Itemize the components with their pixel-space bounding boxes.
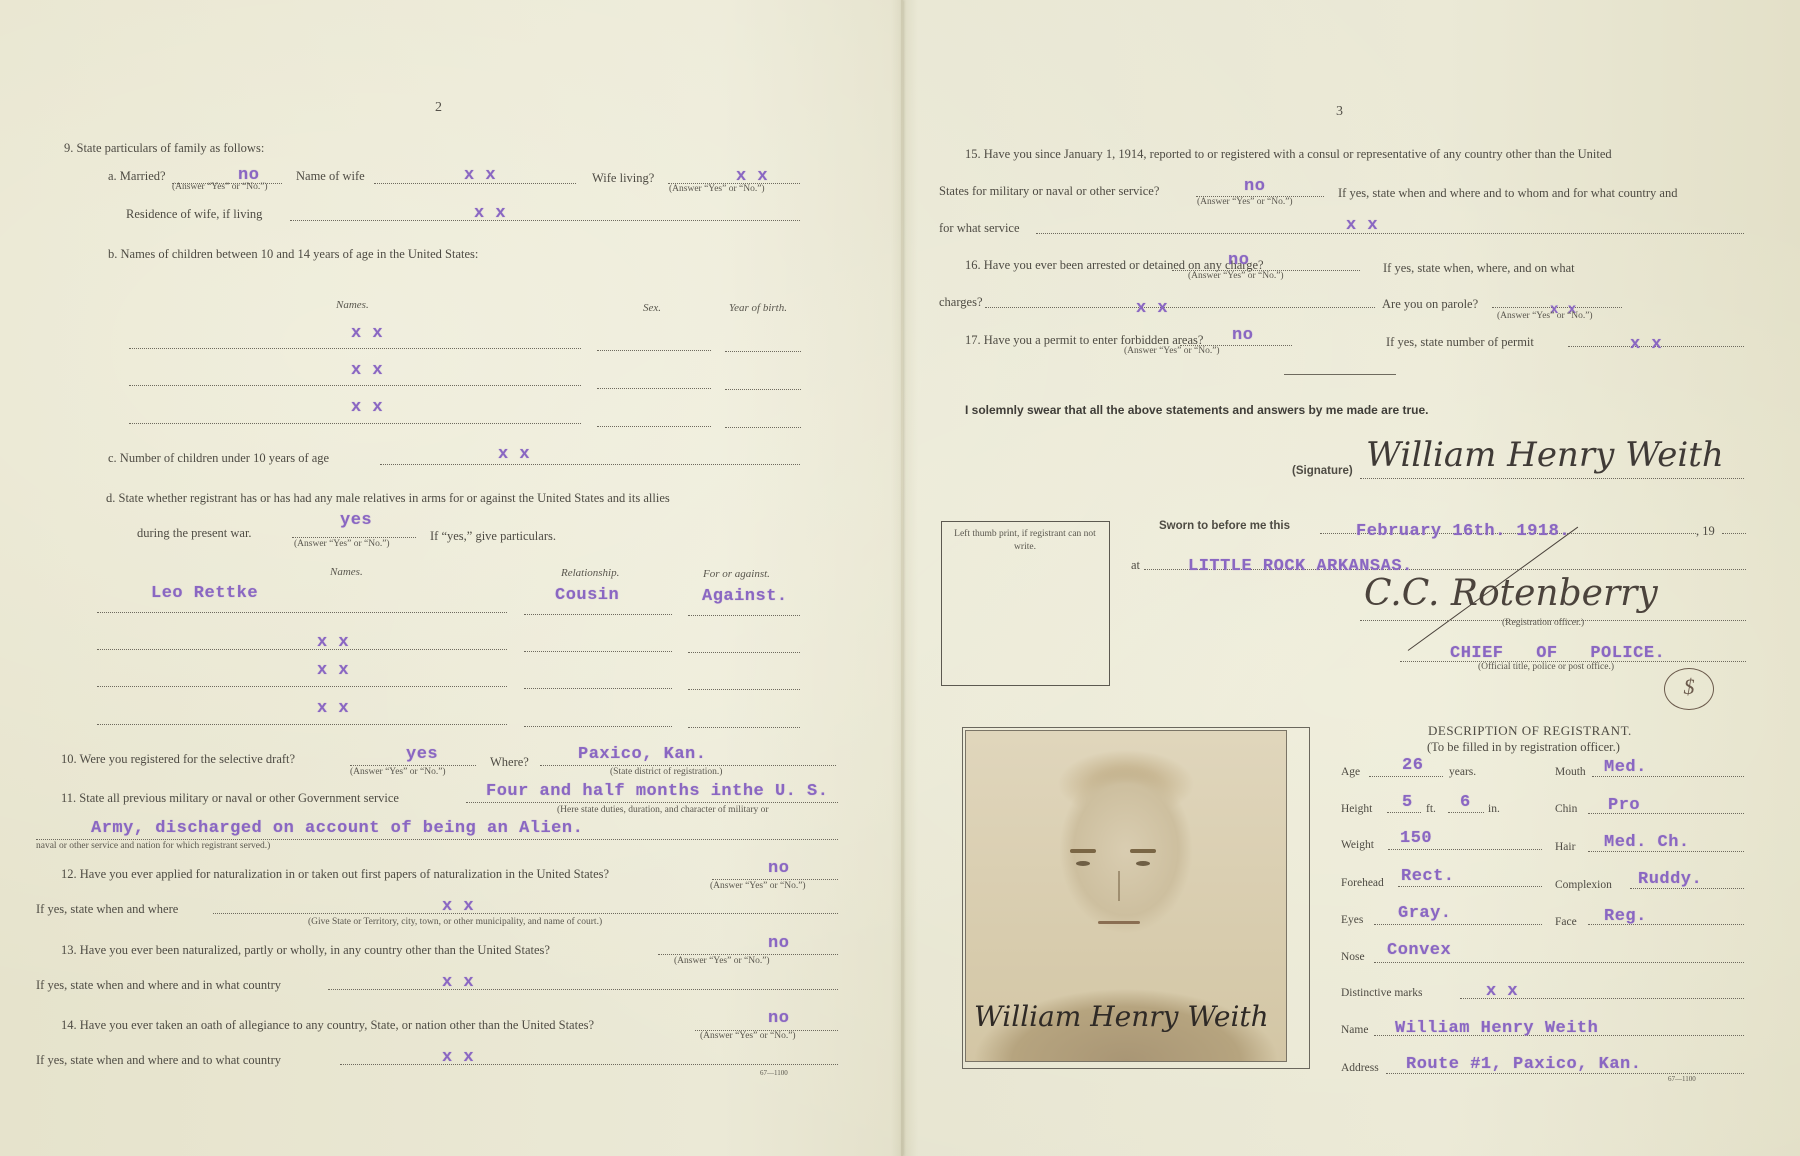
child-year-line[interactable]: [725, 427, 801, 428]
signature-line[interactable]: [1360, 478, 1744, 479]
relatives-relationship-header: Relationship.: [561, 568, 619, 579]
relative-name-line[interactable]: [97, 686, 507, 687]
q11-label: 11. State all previous military or naval…: [61, 792, 399, 805]
at-label: at: [1131, 559, 1140, 572]
sworn-year-prefix: , 19: [1696, 525, 1715, 538]
official-title-value[interactable]: CHIEF OF POLICE.: [1450, 645, 1665, 662]
q17-hint: (Answer “Yes” or “No.”): [1124, 347, 1220, 357]
section-divider: [1284, 374, 1396, 375]
relative-relationship-line[interactable]: [524, 614, 672, 615]
q9d-line[interactable]: [292, 537, 416, 538]
photo-eye-right: [1136, 861, 1150, 866]
q17-label: 17. Have you a permit to enter forbidden…: [965, 334, 1203, 347]
child-name-line[interactable]: [129, 423, 581, 424]
photo-signature: William Henry Weith: [974, 1003, 1269, 1031]
q16-charges-line[interactable]: [985, 307, 1375, 308]
in-unit: in.: [1488, 804, 1500, 816]
q15-value[interactable]: no: [1244, 178, 1265, 195]
wife-name-value[interactable]: x x: [464, 167, 496, 184]
height-label: Height: [1341, 804, 1372, 816]
relative-name-line[interactable]: [97, 612, 507, 613]
forehead-value[interactable]: Rect.: [1401, 868, 1455, 885]
q10-where-label: Where?: [490, 756, 529, 769]
q10-line[interactable]: [350, 765, 476, 766]
center-fold: [901, 0, 903, 1156]
photo-brow-left: [1070, 849, 1096, 853]
weight-line[interactable]: [1388, 849, 1542, 850]
wife-living-value[interactable]: x x: [736, 168, 768, 185]
q13-line[interactable]: [658, 954, 838, 955]
child-sex-line[interactable]: [597, 350, 711, 351]
name-value[interactable]: William Henry Weith: [1395, 1020, 1598, 1037]
relative-relationship-line[interactable]: [524, 651, 672, 652]
chin-label: Chin: [1555, 804, 1577, 816]
q16-value[interactable]: no: [1228, 252, 1249, 269]
chin-value[interactable]: Pro: [1608, 797, 1640, 814]
child-year-line[interactable]: [725, 351, 801, 352]
q9d-value[interactable]: yes: [340, 512, 372, 529]
registrant-signature[interactable]: William Henry Weith: [1366, 438, 1724, 472]
page-number: 2: [435, 100, 442, 116]
distinctive-marks-value[interactable]: x x: [1486, 983, 1518, 1000]
relative-relationship-line[interactable]: [524, 726, 672, 727]
face-label: Face: [1555, 917, 1577, 929]
q17-followup-value[interactable]: x x: [1630, 336, 1662, 353]
relatives-for-against-header: For or against.: [703, 569, 770, 580]
form-code: 67—1100: [760, 1070, 788, 1077]
children-year-header: Year of birth.: [729, 303, 787, 314]
married-label: a. Married?: [108, 170, 166, 183]
q11-value-line1[interactable]: Four and half months inthe U. S.: [486, 783, 828, 800]
q9b-label: b. Names of children between 10 and 14 y…: [108, 248, 478, 261]
mouth-label: Mouth: [1555, 767, 1586, 779]
age-value[interactable]: 26: [1402, 757, 1423, 774]
q12-followup-hint: (Give State or Territory, city, town, or…: [308, 918, 602, 928]
officer-label: (Registration officer.): [1502, 619, 1584, 629]
q10-label: 10. Were you registered for the selectiv…: [61, 753, 295, 766]
eyes-line[interactable]: [1374, 924, 1542, 925]
weight-label: Weight: [1341, 840, 1374, 852]
q16-hint: (Answer “Yes” or “No.”): [1188, 272, 1284, 282]
wife-living-label: Wife living?: [592, 172, 654, 185]
relatives-names-header: Names.: [330, 567, 363, 578]
address-label: Address: [1341, 1063, 1379, 1075]
q15-followup-value[interactable]: x x: [1346, 217, 1378, 234]
description-title: DESCRIPTION OF REGISTRANT.: [1428, 724, 1632, 737]
q12-followup-line[interactable]: [213, 913, 838, 914]
relative-for-against-line[interactable]: [688, 727, 800, 728]
q9-label: 9. State particulars of family as follow…: [64, 142, 264, 155]
q17-value[interactable]: no: [1232, 327, 1253, 344]
q15-hint: (Answer “Yes” or “No.”): [1197, 198, 1293, 208]
relative-name-line[interactable]: [97, 649, 507, 650]
q9c-value[interactable]: x x: [498, 446, 530, 463]
q9d-label: d. State whether registrant has or has h…: [106, 492, 670, 505]
child-name-value[interactable]: x x: [351, 399, 383, 416]
children-names-header: Names.: [336, 300, 369, 311]
q10-where-value[interactable]: Paxico, Kan.: [578, 746, 706, 763]
q13-followup-value[interactable]: x x: [442, 974, 474, 991]
stamp-mark: $: [1664, 668, 1714, 710]
relative-relationship-value[interactable]: Cousin: [555, 587, 619, 604]
height-in-value[interactable]: 6: [1460, 794, 1471, 811]
child-name-line[interactable]: [129, 348, 581, 349]
registrant-photo[interactable]: William Henry Weith: [965, 730, 1287, 1062]
q16-parole-hint: (Answer “Yes” or “No.”): [1497, 312, 1593, 322]
nose-label: Nose: [1341, 952, 1365, 964]
q16-charges-label: charges?: [939, 296, 983, 309]
q12-line[interactable]: [712, 879, 838, 880]
name-label: Name: [1341, 1025, 1368, 1037]
photo-brow-right: [1130, 849, 1156, 853]
nose-line[interactable]: [1374, 962, 1744, 963]
q14-label: 14. Have you ever taken an oath of alleg…: [61, 1019, 594, 1032]
q10-where-hint: (State district of registration.): [610, 768, 722, 778]
relative-for-against-line[interactable]: [688, 689, 800, 690]
relative-for-against-line[interactable]: [688, 652, 800, 653]
hair-label: Hair: [1555, 842, 1575, 854]
q15-label: 15. Have you since January 1, 1914, repo…: [965, 148, 1612, 161]
forehead-label: Forehead: [1341, 878, 1384, 890]
official-title-label: (Official title, police or post office.): [1478, 663, 1614, 673]
q13-followup-label: If yes, state when and where and in what…: [36, 979, 281, 992]
residence-value[interactable]: x x: [474, 205, 506, 222]
signature-label: (Signature): [1292, 466, 1353, 478]
q12-hint: (Answer “Yes” or “No.”): [710, 882, 806, 892]
distinctive-marks-label: Distinctive marks: [1341, 988, 1422, 1000]
q16-parole-label: Are you on parole?: [1382, 298, 1478, 311]
q16-charges-value[interactable]: x x: [1136, 300, 1168, 317]
q11-line1[interactable]: [466, 802, 838, 803]
photo-mouth: [1098, 921, 1140, 924]
q12-value[interactable]: no: [768, 860, 789, 877]
nose-value[interactable]: Convex: [1387, 942, 1451, 959]
q13-label: 13. Have you ever been naturalized, part…: [61, 944, 550, 957]
oath-statement: I solemnly swear that all the above stat…: [965, 404, 1429, 416]
married-hint: (Answer “Yes” or “No.”): [172, 183, 268, 193]
q14-followup-label: If yes, state when and where and to what…: [36, 1054, 281, 1067]
child-name-value[interactable]: x x: [351, 325, 383, 342]
q10-where-line[interactable]: [540, 765, 836, 766]
q9c-label: c. Number of children under 10 years of …: [108, 452, 329, 465]
q15-followup-line[interactable]: [1036, 233, 1744, 234]
sworn-year-line[interactable]: [1722, 533, 1746, 534]
photo-eye-left: [1076, 861, 1090, 866]
child-name-line[interactable]: [129, 385, 581, 386]
complexion-value[interactable]: Ruddy.: [1638, 871, 1702, 888]
residence-line[interactable]: [290, 220, 800, 221]
q15-followup2: for what service: [939, 222, 1020, 235]
eyes-label: Eyes: [1341, 915, 1363, 927]
thumb-print-instructions: Left thumb print, if registrant can not …: [954, 528, 1096, 554]
q14-followup-value[interactable]: x x: [442, 1049, 474, 1066]
relative-name-value[interactable]: Leo Rettke: [151, 585, 258, 602]
q9d-followup: If “yes,” give particulars.: [430, 530, 556, 543]
q10-hint: (Answer “Yes” or “No.”): [350, 768, 446, 778]
child-sex-line[interactable]: [597, 426, 711, 427]
page-number: 3: [1336, 104, 1343, 120]
q17-followup: If yes, state number of permit: [1386, 336, 1534, 349]
officer-signature[interactable]: C.C. Rotenberry: [1364, 576, 1658, 612]
q13-hint: (Answer “Yes” or “No.”): [674, 957, 770, 967]
q14-followup-line[interactable]: [340, 1064, 838, 1065]
forehead-line[interactable]: [1398, 886, 1542, 887]
height-ft-line[interactable]: [1387, 812, 1421, 813]
q15-followup: If yes, state when and where and to whom…: [1338, 187, 1677, 200]
hair-value[interactable]: Med. Ch.: [1604, 834, 1690, 851]
children-sex-header: Sex.: [643, 303, 661, 314]
q11-hint2: naval or other service and nation for wh…: [36, 842, 270, 852]
q11-line2[interactable]: [36, 839, 838, 840]
relative-for-against-value[interactable]: Against.: [702, 588, 788, 605]
q15-label2: States for military or naval or other se…: [939, 185, 1159, 198]
child-year-line[interactable]: [725, 389, 801, 390]
q9c-line[interactable]: [380, 464, 800, 465]
q13-value[interactable]: no: [768, 935, 789, 952]
age-label: Age: [1341, 767, 1360, 779]
q10-value[interactable]: yes: [406, 746, 438, 763]
wife-name-label: Name of wife: [296, 170, 365, 183]
q14-hint: (Answer “Yes” or “No.”): [700, 1032, 796, 1042]
complexion-label: Complexion: [1555, 880, 1612, 892]
child-name-value[interactable]: x x: [351, 362, 383, 379]
q16-followup: If yes, state when, where, and on what: [1383, 262, 1575, 275]
residence-label: Residence of wife, if living: [126, 208, 262, 221]
q12-followup-label: If yes, state when and where: [36, 903, 178, 916]
sworn-date-value[interactable]: February 16th. 1918.: [1356, 523, 1570, 540]
height-in-line[interactable]: [1448, 812, 1484, 813]
q14-value[interactable]: no: [768, 1010, 789, 1027]
eyes-value[interactable]: Gray.: [1398, 905, 1452, 922]
form-code: 67—1100: [1668, 1076, 1696, 1083]
address-value[interactable]: Route #1, Paxico, Kan.: [1406, 1056, 1641, 1073]
relative-for-against-line[interactable]: [688, 615, 800, 616]
q9d-label2: during the present war.: [137, 527, 252, 540]
description-subtitle: (To be filled in by registration officer…: [1427, 741, 1620, 754]
mouth-value[interactable]: Med.: [1604, 759, 1647, 776]
wife-living-hint: (Answer “Yes” or “No.”): [669, 185, 765, 195]
q11-hint1: (Here state duties, duration, and charac…: [557, 806, 769, 816]
q13-followup-line[interactable]: [328, 989, 838, 990]
thumb-print-box[interactable]: Left thumb print, if registrant can not …: [941, 521, 1110, 686]
height-ft-value[interactable]: 5: [1402, 794, 1413, 811]
face-value[interactable]: Reg.: [1604, 908, 1647, 925]
q11-value-line2[interactable]: Army, discharged on account of being an …: [91, 820, 583, 837]
relative-name-line[interactable]: [97, 724, 507, 725]
q12-label: 12. Have you ever applied for naturaliza…: [61, 868, 609, 881]
photo-nose: [1106, 871, 1120, 901]
ft-unit: ft.: [1426, 804, 1436, 816]
q12-followup-value[interactable]: x x: [442, 898, 474, 915]
relative-relationship-line[interactable]: [524, 688, 672, 689]
stamp-glyph: $: [1665, 674, 1713, 700]
weight-value[interactable]: 150: [1400, 830, 1432, 847]
relative-name-value[interactable]: x x: [317, 662, 349, 679]
relative-name-value[interactable]: x x: [317, 700, 349, 717]
age-unit: years.: [1449, 767, 1476, 779]
child-sex-line[interactable]: [597, 388, 711, 389]
q9d-hint: (Answer “Yes” or “No.”): [294, 540, 390, 550]
sworn-label: Sworn to before me this: [1159, 521, 1290, 533]
age-line[interactable]: [1369, 776, 1443, 777]
